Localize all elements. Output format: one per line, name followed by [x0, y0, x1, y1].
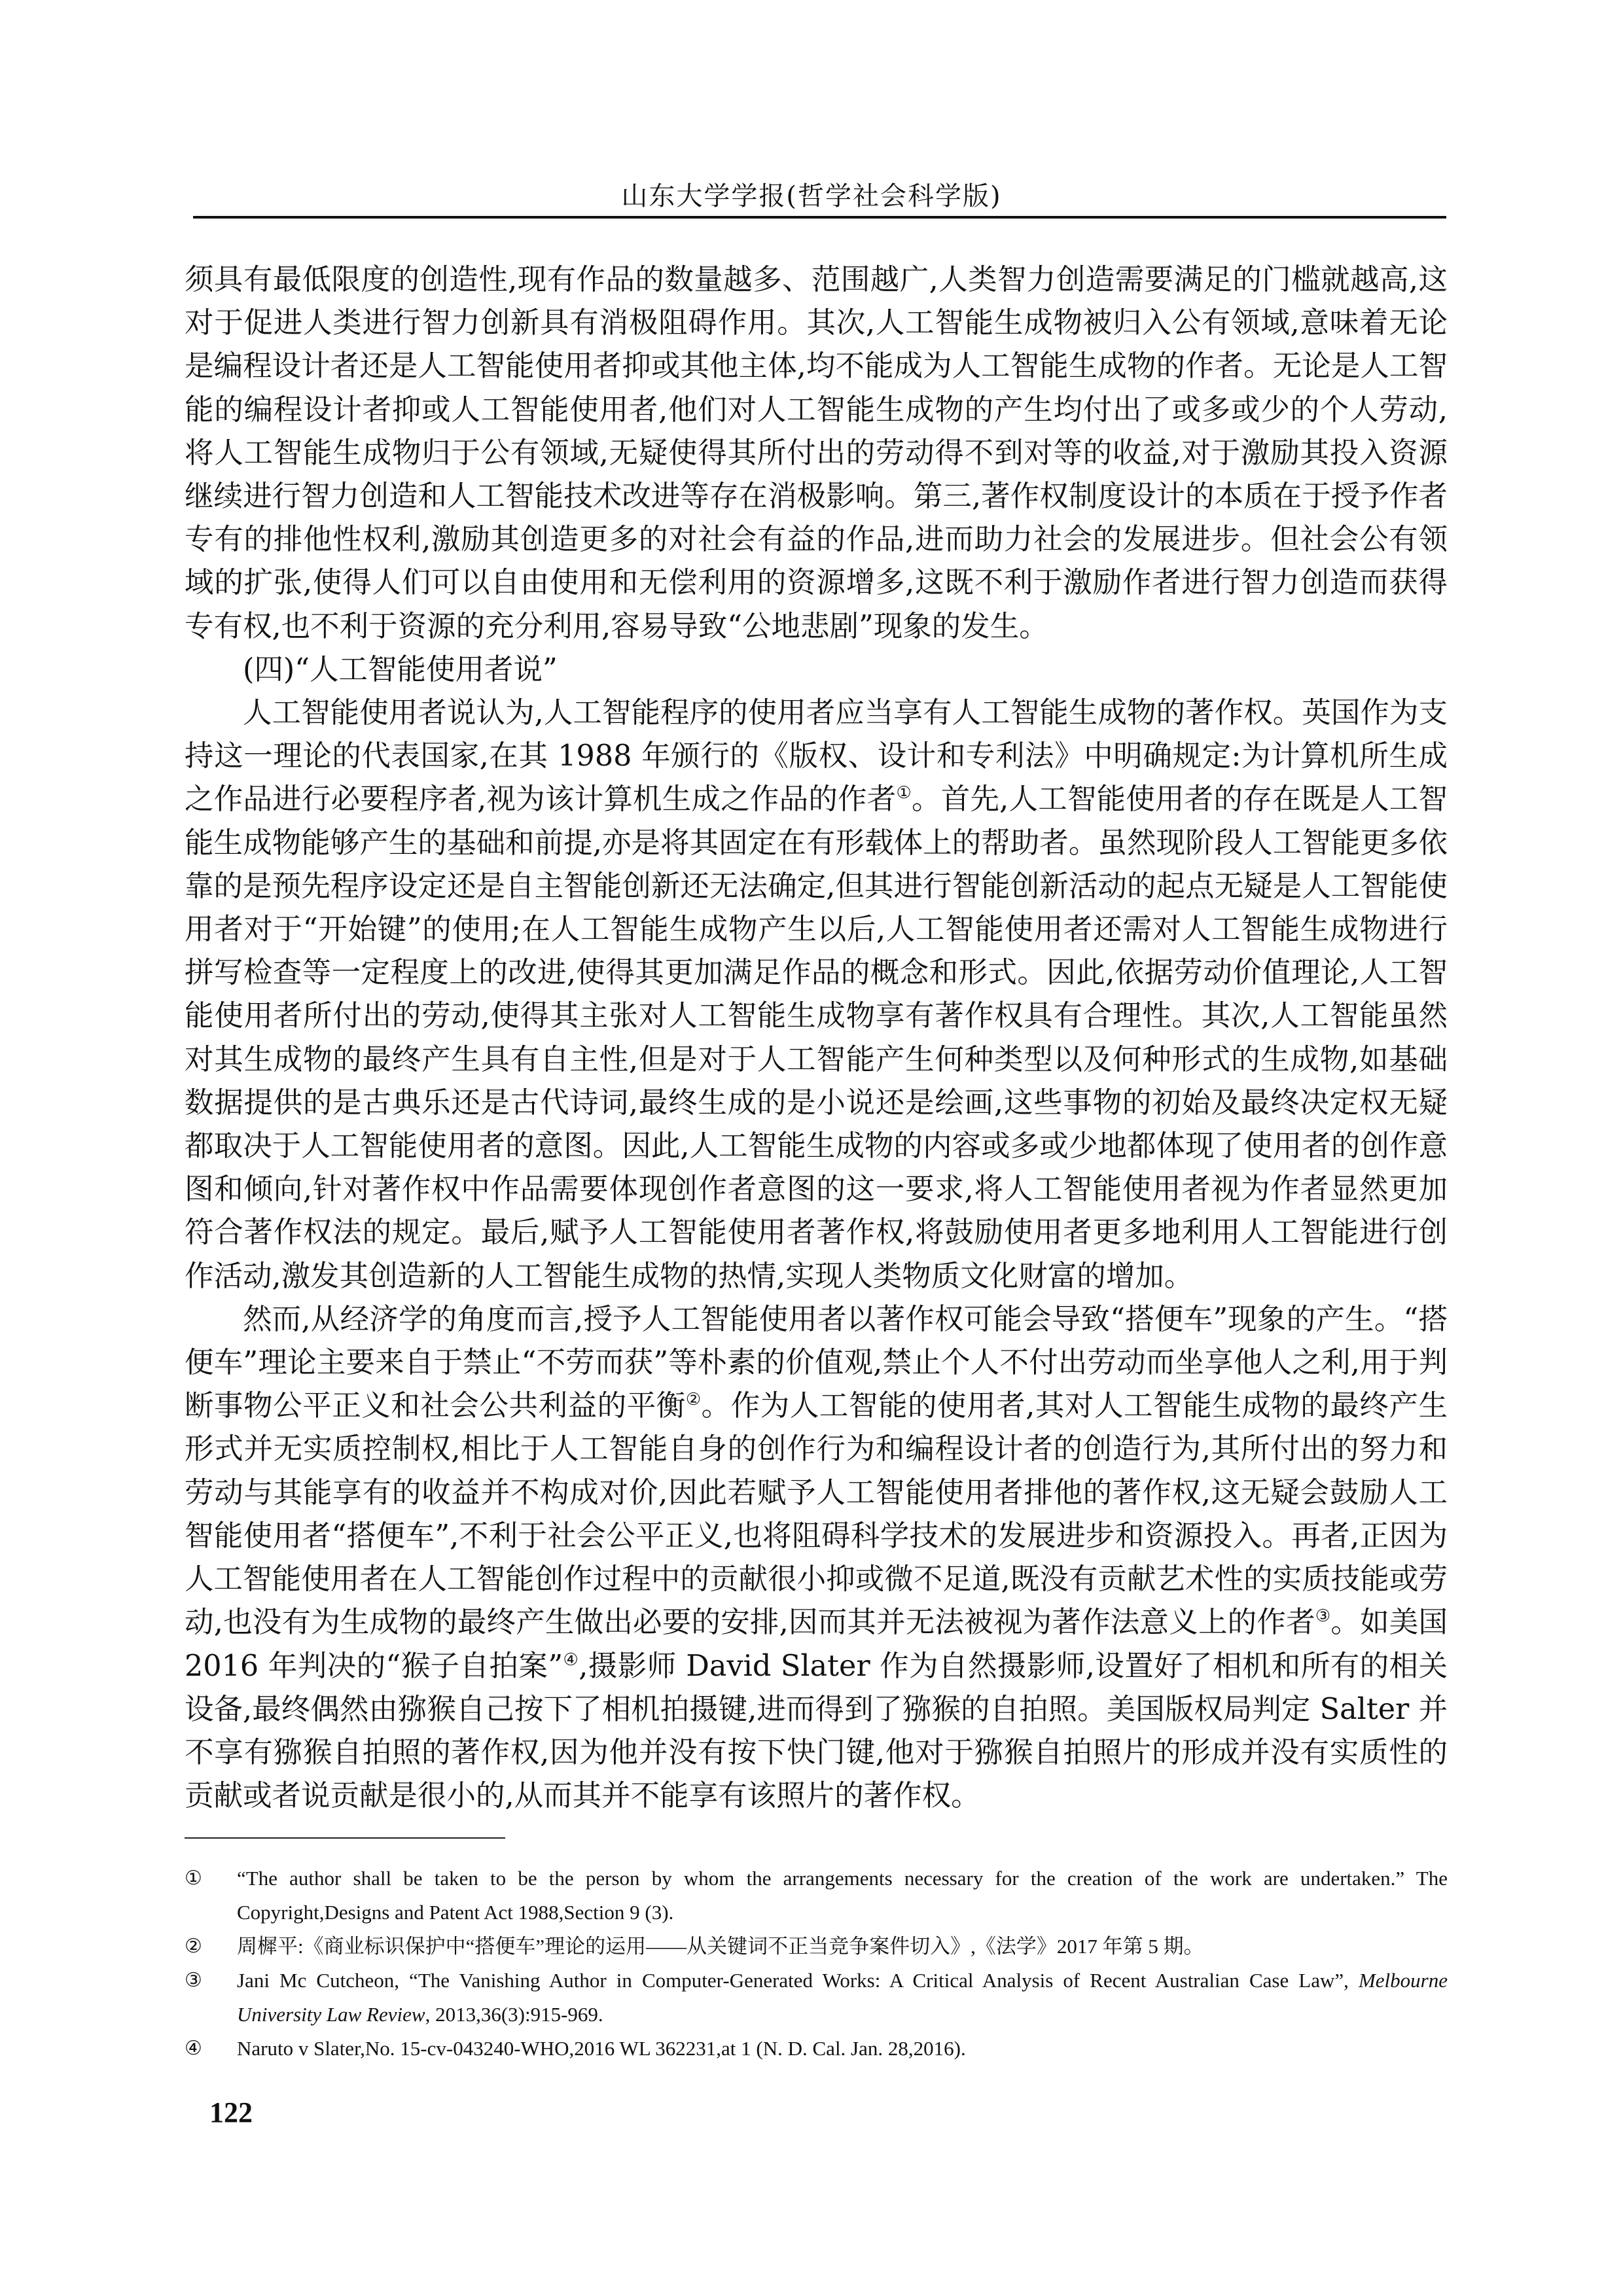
- paragraph-3-segment: 。作为人工智能的使用者,其对人工智能生成物的最终产生形式并无实质控制权,相比于人…: [185, 1389, 1448, 1639]
- footnote-ref-2[interactable]: ②: [686, 1390, 702, 1409]
- footnote-2: ② 周樨平:《商业标识保护中“搭便车”理论的运用——从关键词不正当竞争案件切入》…: [185, 1930, 1448, 1964]
- footnote-3: ③ Jani Mc Cutcheon, “The Vanishing Autho…: [185, 1964, 1448, 2032]
- paragraph-3: 然而,从经济学的角度而言,授予人工智能使用者以著作权可能会导致“搭便车”现象的产…: [185, 1298, 1448, 1818]
- paragraph-2-segment: 。首先,人工智能使用者的存在既是人工智能生成物能够产生的基础和前提,亦是将其固定…: [185, 783, 1448, 1292]
- paragraph-1: 须具有最低限度的创造性,现有作品的数量越多、范围越广,人类智力创造需要满足的门槛…: [185, 258, 1448, 648]
- footnote-ref-4[interactable]: ④: [563, 1650, 579, 1670]
- footnote-4: ④ Naruto v Slater,No. 15-cv-043240-WHO,2…: [185, 2032, 1448, 2066]
- header-rule: [193, 216, 1446, 219]
- paragraph-2: 人工智能使用者说认为,人工智能程序的使用者应当享有人工智能生成物的著作权。英国作…: [185, 692, 1448, 1298]
- body-text: 须具有最低限度的创造性,现有作品的数量越多、范围越广,人类智力创造需要满足的门槛…: [185, 258, 1448, 1818]
- footnote-marker: ②: [185, 1930, 202, 1964]
- footnote-1: ① “The author shall be taken to be the p…: [185, 1862, 1448, 1930]
- footnote-text: Jani Mc Cutcheon, “The Vanishing Author …: [237, 1969, 1359, 1992]
- footnote-ref-1[interactable]: ①: [896, 783, 912, 803]
- page-number: 122: [209, 2096, 253, 2129]
- running-header-journal-title: 山东大学学报(哲学社会科学版): [0, 175, 1623, 213]
- footnote-marker: ③: [185, 1964, 202, 1998]
- footnote-marker: ④: [185, 2032, 202, 2066]
- section-heading: (四)“人工智能使用者说”: [185, 648, 1448, 692]
- footnote-text: “The author shall be taken to be the per…: [237, 1867, 1448, 1924]
- footnotes: ① “The author shall be taken to be the p…: [185, 1862, 1448, 2066]
- footnote-separator: [185, 1837, 505, 1839]
- footnote-text: , 2013,36(3):915-969.: [425, 2003, 603, 2026]
- footnote-text: Naruto v Slater,No. 15-cv-043240-WHO,201…: [237, 2037, 966, 2060]
- footnote-marker: ①: [185, 1862, 202, 1896]
- footnote-ref-3[interactable]: ③: [1315, 1606, 1331, 1626]
- footnote-text: 周樨平:《商业标识保护中“搭便车”理论的运用——从关键词不正当竞争案件切入》,《…: [237, 1935, 1204, 1958]
